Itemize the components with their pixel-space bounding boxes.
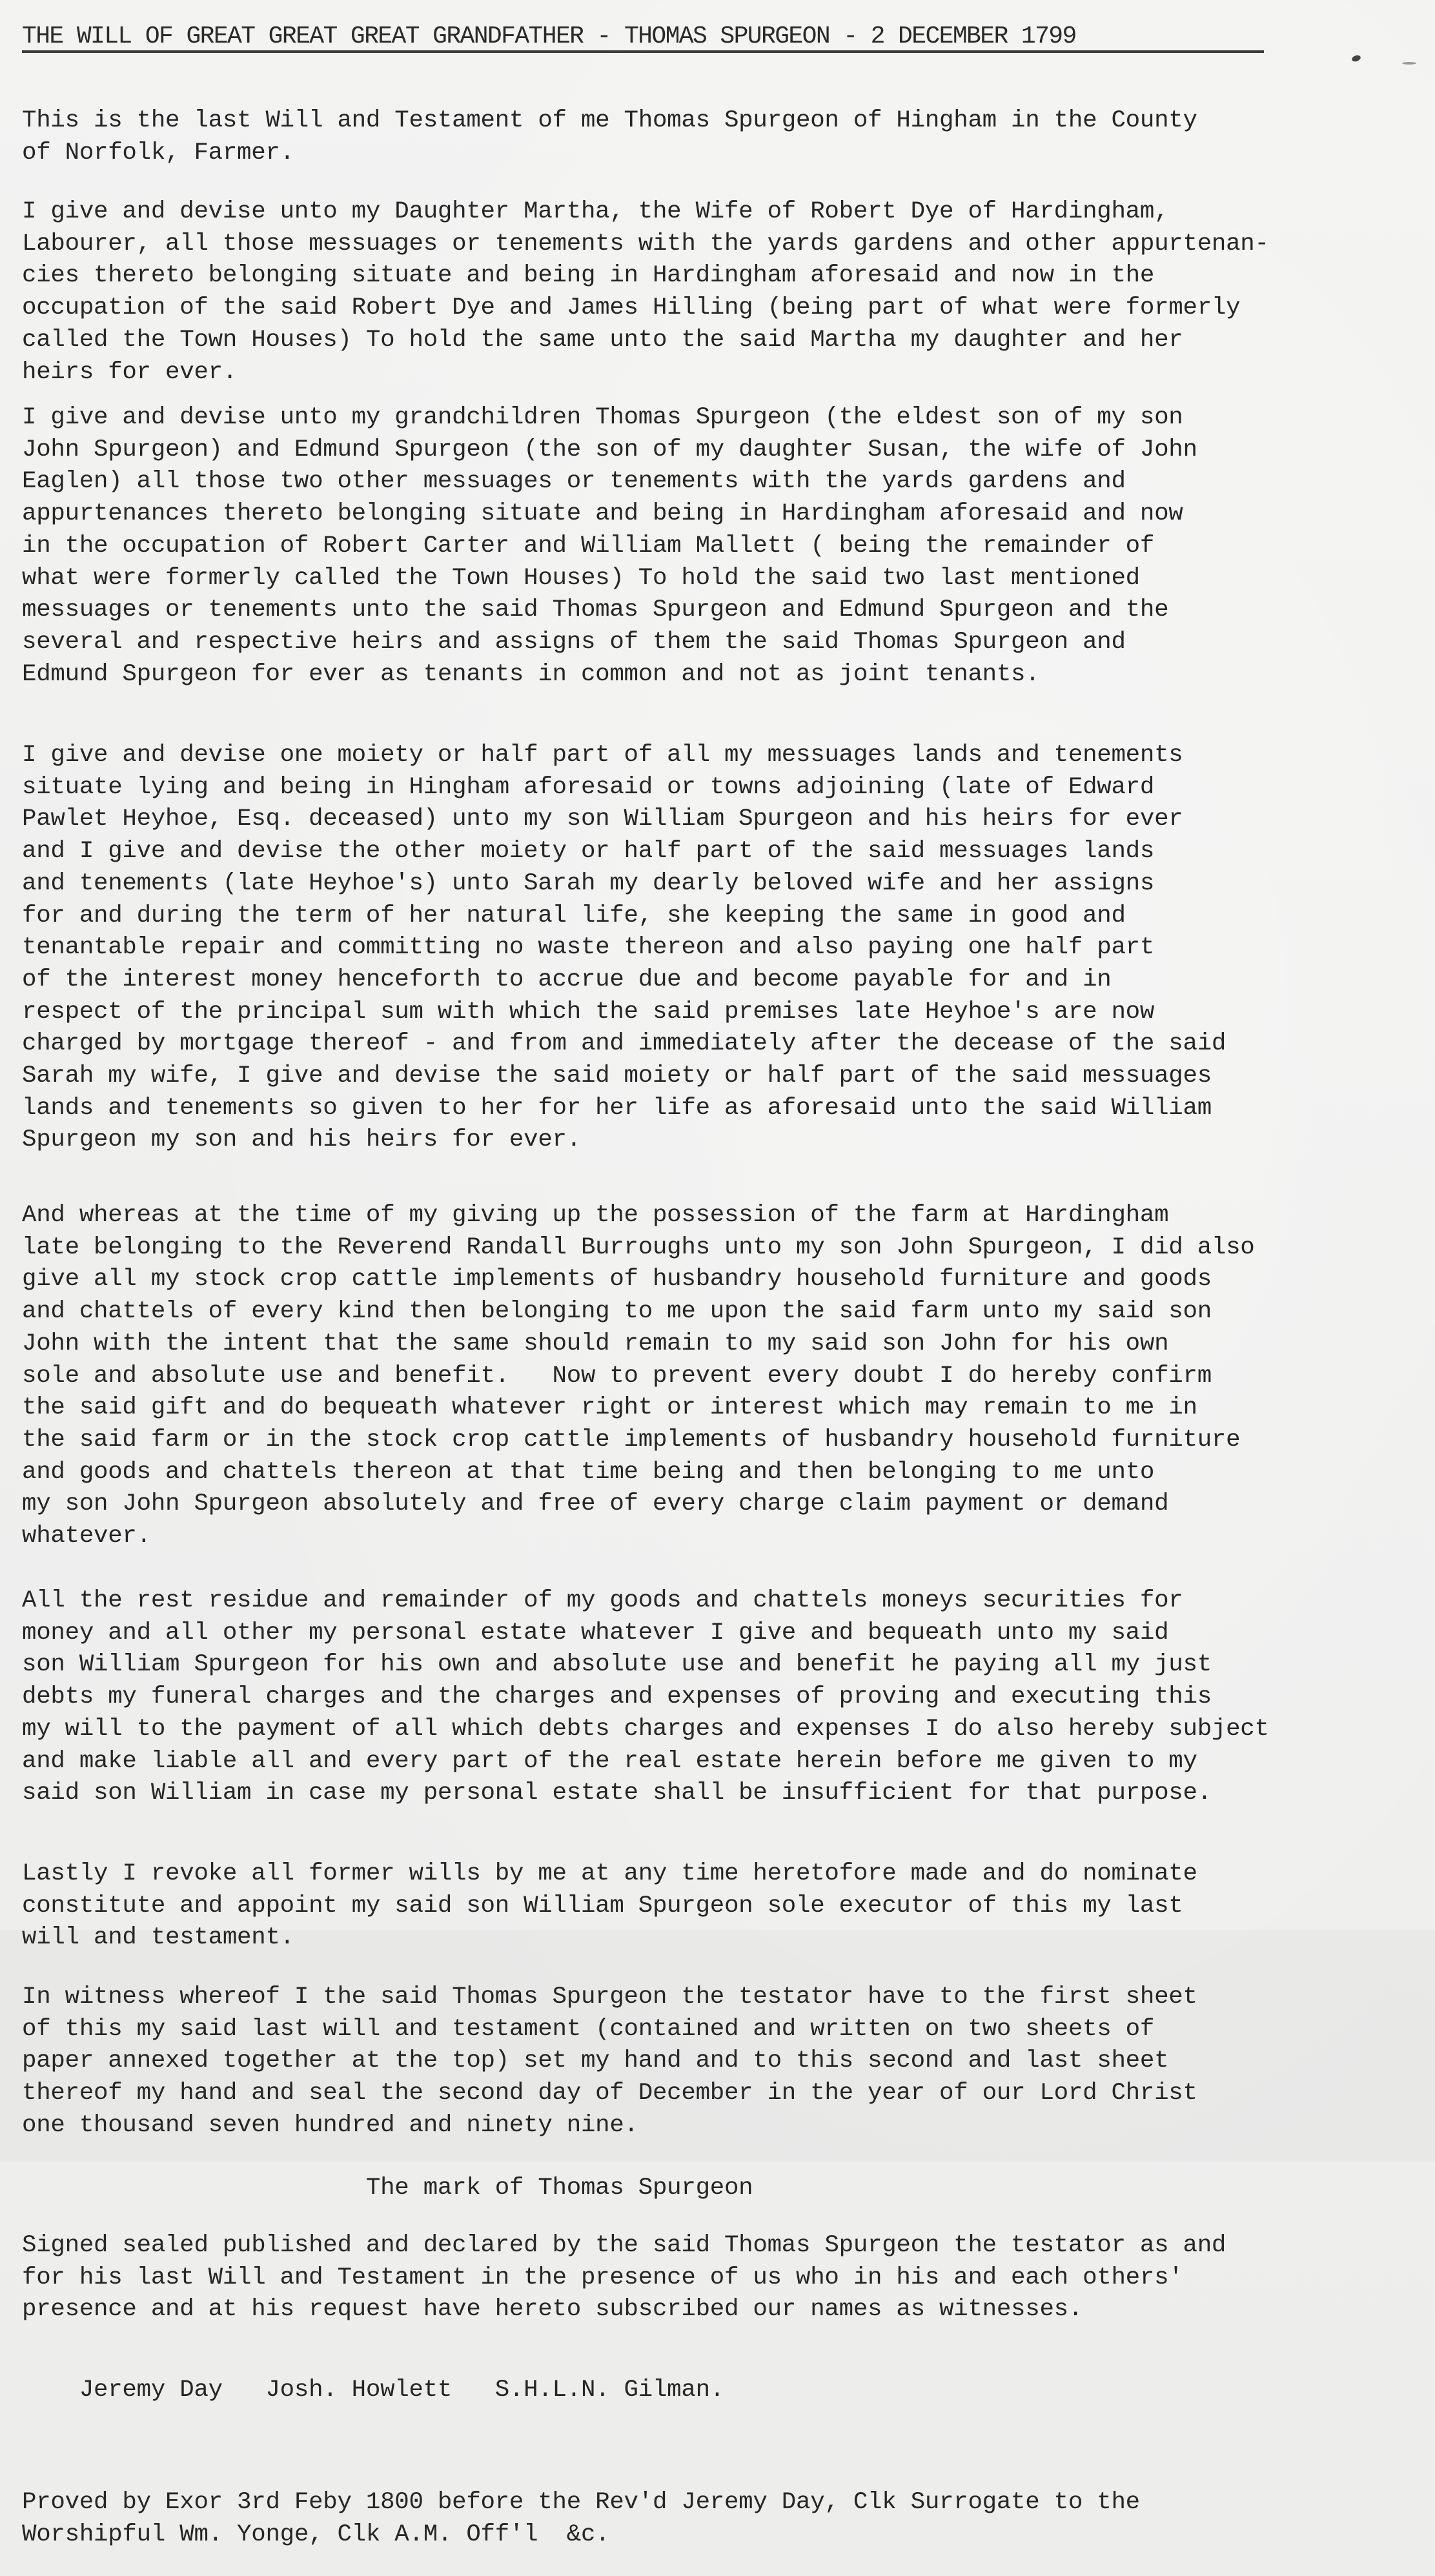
text-line: Pawlet Heyhoe, Esq. deceased) unto my so… [22,804,1183,834]
text-line: All the rest residue and remainder of my… [22,1586,1183,1616]
text-line: of Norfolk, Farmer. [22,138,294,168]
text-line: I give and devise unto my grandchildren … [22,403,1183,432]
text-line: late belonging to the Reverend Randall B… [22,1233,1255,1263]
text-line: lands and tenements so given to her for … [22,1093,1212,1123]
text-line: paper annexed together at the top) set m… [22,2046,1168,2076]
text-line: Eaglen) all those two other messuages or… [22,467,1126,496]
text-line: will and testament. [22,1923,294,1952]
text-line: respect of the principal sum with which … [22,997,1154,1027]
text-line: for his last Will and Testament in the p… [22,2263,1183,2293]
text-line: presence and at his request have hereto … [22,2295,1083,2324]
text-line: whatever. [22,1521,151,1551]
text-line: the said gift and do bequeath whatever r… [22,1393,1197,1423]
text-line: called the Town Houses) To hold the same… [22,325,1183,355]
document-title: THE WILL OF GREAT GREAT GREAT GRANDFATHE… [22,22,1076,52]
text-line: and make liable all and every part of th… [22,1747,1197,1776]
text-line: The mark of Thomas Spurgeon [22,2173,753,2203]
text-line: and I give and devise the other moiety o… [22,837,1154,866]
text-line: in the occupation of Robert Carter and W… [22,531,1154,561]
text-line: and tenements (late Heyhoe's) unto Sarah… [22,869,1154,898]
text-line: my will to the payment of all which debt… [22,1714,1269,1744]
text-line: occupation of the said Robert Dye and Ja… [22,293,1240,323]
text-line: charged by mortgage thereof - and from a… [22,1029,1226,1059]
text-line: thereof my hand and seal the second day … [22,2078,1197,2108]
text-line: sole and absolute use and benefit. Now t… [22,1361,1212,1391]
text-line: Jeremy Day Josh. Howlett S.H.L.N. Gilman… [22,2375,724,2405]
text-line: Signed sealed published and declared by … [22,2231,1226,2260]
text-line: cies thereto belonging situate and being… [22,261,1154,290]
text-line: constitute and appoint my said son Willi… [22,1891,1183,1921]
text-line: Spurgeon my son and his heirs for ever. [22,1125,581,1155]
text-line: situate lying and being in Hingham afore… [22,773,1154,802]
text-line: and chattels of every kind then belongin… [22,1297,1212,1326]
text-line: for and during the term of her natural l… [22,901,1126,931]
text-line: This is the last Will and Testament of m… [22,106,1197,136]
text-line: messuages or tenements unto the said Tho… [22,595,1168,625]
text-line: give all my stock crop cattle implements… [22,1264,1212,1294]
text-line: Worshipful Wm. Yonge, Clk A.M. Off'l &c. [22,2520,609,2550]
text-line: In witness whereof I the said Thomas Spu… [22,1982,1197,2012]
text-line: heirs for ever. [22,358,237,387]
text-line: I give and devise unto my Daughter Marth… [22,197,1168,227]
text-line: of the interest money henceforth to accr… [22,965,1111,995]
text-line: Lastly I revoke all former wills by me a… [22,1859,1197,1889]
text-line: debts my funeral charges and the charges… [22,1682,1212,1712]
text-line: I give and devise one moiety or half par… [22,740,1183,770]
text-line: John Spurgeon) and Edmund Spurgeon (the … [22,435,1197,465]
text-line: appurtenances thereto belonging situate … [22,499,1183,529]
text-line: son William Spurgeon for his own and abs… [22,1650,1212,1679]
text-line: the said farm or in the stock crop cattl… [22,1425,1240,1455]
text-line: money and all other my personal estate w… [22,1618,1168,1648]
text-line: and goods and chattels thereon at that t… [22,1457,1154,1487]
ink-smudge [1402,62,1416,65]
text-line: said son William in case my personal est… [22,1778,1212,1808]
text-line: my son John Spurgeon absolutely and free… [22,1489,1168,1519]
text-line: Edmund Spurgeon for ever as tenants in c… [22,660,1039,689]
text-line: one thousand seven hundred and ninety ni… [22,2111,638,2140]
text-line: Sarah my wife, I give and devise the sai… [22,1061,1212,1091]
text-line: of this my said last will and testament … [22,2014,1154,2044]
text-line: several and respective heirs and assigns… [22,627,1126,657]
text-line: tenantable repair and committing no wast… [22,933,1154,962]
scanned-page: THE WILL OF GREAT GREAT GREAT GRANDFATHE… [0,0,1435,2576]
text-line: Proved by Exor 3rd Feby 1800 before the … [22,2488,1140,2517]
ink-smudge [1351,54,1361,63]
text-line: John with the intent that the same shoul… [22,1329,1168,1359]
text-line: And whereas at the time of my giving up … [22,1201,1168,1230]
text-line: Labourer, all those messuages or tenemen… [22,229,1269,259]
text-line: what were formerly called the Town House… [22,563,1140,593]
title-underline [22,50,1264,53]
